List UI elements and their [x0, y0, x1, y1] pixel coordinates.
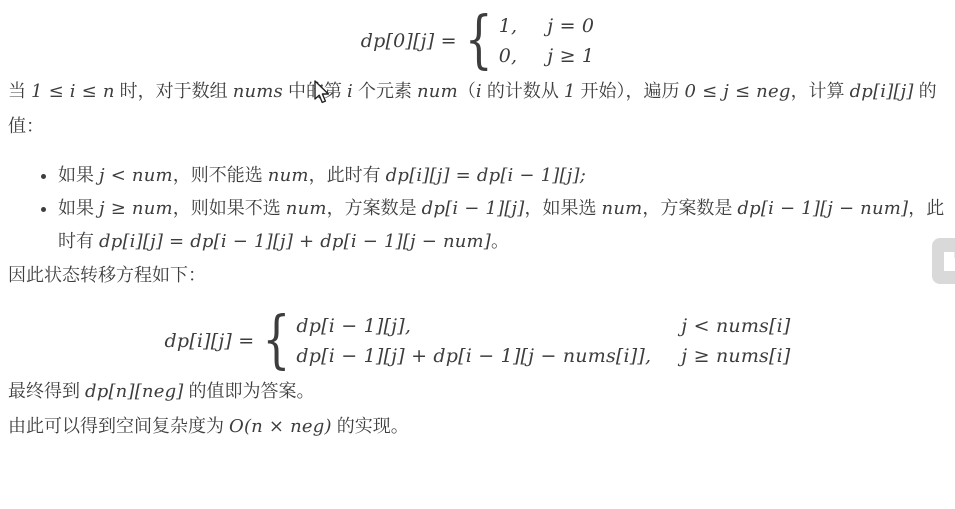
document-icon	[943, 251, 955, 272]
solution-article: dp[0][j] = { 1, j = 0 0, j ≥ 1 当 1 ≤ i ≤…	[0, 0, 955, 509]
math-segment: 1 ≤ i ≤ n	[31, 81, 115, 102]
case-condition: j < nums[i]	[681, 312, 790, 340]
math-segment: j < num	[99, 165, 173, 186]
text-segment: （	[458, 81, 476, 101]
text-segment: 当	[8, 81, 31, 101]
math-segment: num	[417, 81, 458, 102]
math-segment: nums	[233, 81, 283, 102]
math-segment: num	[602, 198, 643, 219]
text-segment: ，则如果不选	[173, 198, 286, 218]
math-segment: dp[i][j] = dp[i − 1][j];	[386, 165, 586, 186]
floating-side-button[interactable]	[932, 238, 955, 284]
text-segment: 因此状态转移方程如下：	[8, 265, 206, 285]
formula-lhs: dp[0][j] =	[361, 30, 457, 52]
math-segment: j ≥ num	[99, 198, 173, 219]
text-segment: ，则不能选	[173, 165, 268, 185]
text-segment: 最终得到	[8, 381, 85, 401]
math-segment: O(n × neg)	[229, 416, 332, 437]
base-case-formula: dp[0][j] = { 1, j = 0 0, j ≥ 1	[8, 8, 947, 74]
text-segment: 个元素	[353, 81, 417, 101]
answer-paragraph: 最终得到 dp[n][neg] 的值即为答案。	[8, 374, 947, 409]
intro-paragraph: 当 1 ≤ i ≤ n 时，对于数组 nums 中的第 i 个元素 num（i …	[8, 74, 947, 143]
text-segment: 的计数从	[482, 81, 564, 101]
formula-lhs: dp[i][j] =	[165, 330, 255, 352]
case-bullet-list: 如果 j < num，则不能选 num，此时有 dp[i][j] = dp[i …	[8, 159, 947, 258]
case-value: 1,	[499, 12, 518, 40]
transition-intro-paragraph: 因此状态转移方程如下：	[8, 258, 947, 292]
text-segment: 的实现。	[332, 416, 409, 436]
text-segment: 如果	[58, 198, 99, 218]
case-condition: j ≥ 1	[547, 42, 594, 70]
case-condition: j ≥ nums[i]	[681, 342, 790, 370]
article-content: dp[0][j] = { 1, j = 0 0, j ≥ 1 当 1 ≤ i ≤…	[0, 8, 955, 444]
math-segment: num	[268, 165, 309, 186]
transition-formula: dp[i][j] = { dp[i − 1][j], j < nums[i] d…	[8, 308, 947, 374]
case-value: dp[i − 1][j],	[296, 312, 651, 340]
text-segment: 时，对于数组	[115, 81, 233, 101]
math-segment: dp[i − 1][j]	[422, 198, 525, 219]
text-segment: ，计算	[791, 81, 850, 101]
text-segment: 由此可以得到空间复杂度为	[8, 416, 229, 436]
math-segment: 0 ≤ j ≤ neg	[685, 81, 791, 102]
case-value: 0,	[499, 42, 518, 70]
math-segment: dp[i][j]	[850, 81, 914, 102]
text-segment: 的值即为答案。	[184, 381, 315, 401]
math-segment: 1	[564, 81, 576, 102]
bullet-item: 如果 j < num，则不能选 num，此时有 dp[i][j] = dp[i …	[58, 159, 947, 192]
text-segment: ，方案数是	[327, 198, 422, 218]
case-value: dp[i − 1][j] + dp[i − 1][j − nums[i]],	[296, 342, 651, 370]
bullet-item: 如果 j ≥ num，则如果不选 num，方案数是 dp[i − 1][j]，如…	[58, 192, 947, 258]
left-brace: {	[262, 310, 290, 372]
math-segment: dp[i − 1][j − num]	[737, 198, 908, 219]
complexity-paragraph: 由此可以得到空间复杂度为 O(n × neg) 的实现。	[8, 409, 947, 444]
text-segment: ，方案数是	[642, 198, 737, 218]
text-segment: 。	[491, 231, 509, 251]
left-brace: {	[465, 10, 493, 72]
math-segment: num	[286, 198, 327, 219]
text-segment: 开始），遍历	[575, 81, 684, 101]
text-segment: ，如果选	[525, 198, 602, 218]
text-segment: 如果	[58, 165, 99, 185]
text-segment: ，此时有	[309, 165, 386, 185]
cases-grid: 1, j = 0 0, j ≥ 1	[499, 12, 595, 70]
text-segment: 中的第	[283, 81, 347, 101]
math-segment: dp[n][neg]	[85, 381, 184, 402]
math-segment: dp[i][j] = dp[i − 1][j] + dp[i − 1][j − …	[99, 231, 491, 252]
case-condition: j = 0	[547, 12, 594, 40]
cases-grid: dp[i − 1][j], j < nums[i] dp[i − 1][j] +…	[296, 312, 790, 370]
